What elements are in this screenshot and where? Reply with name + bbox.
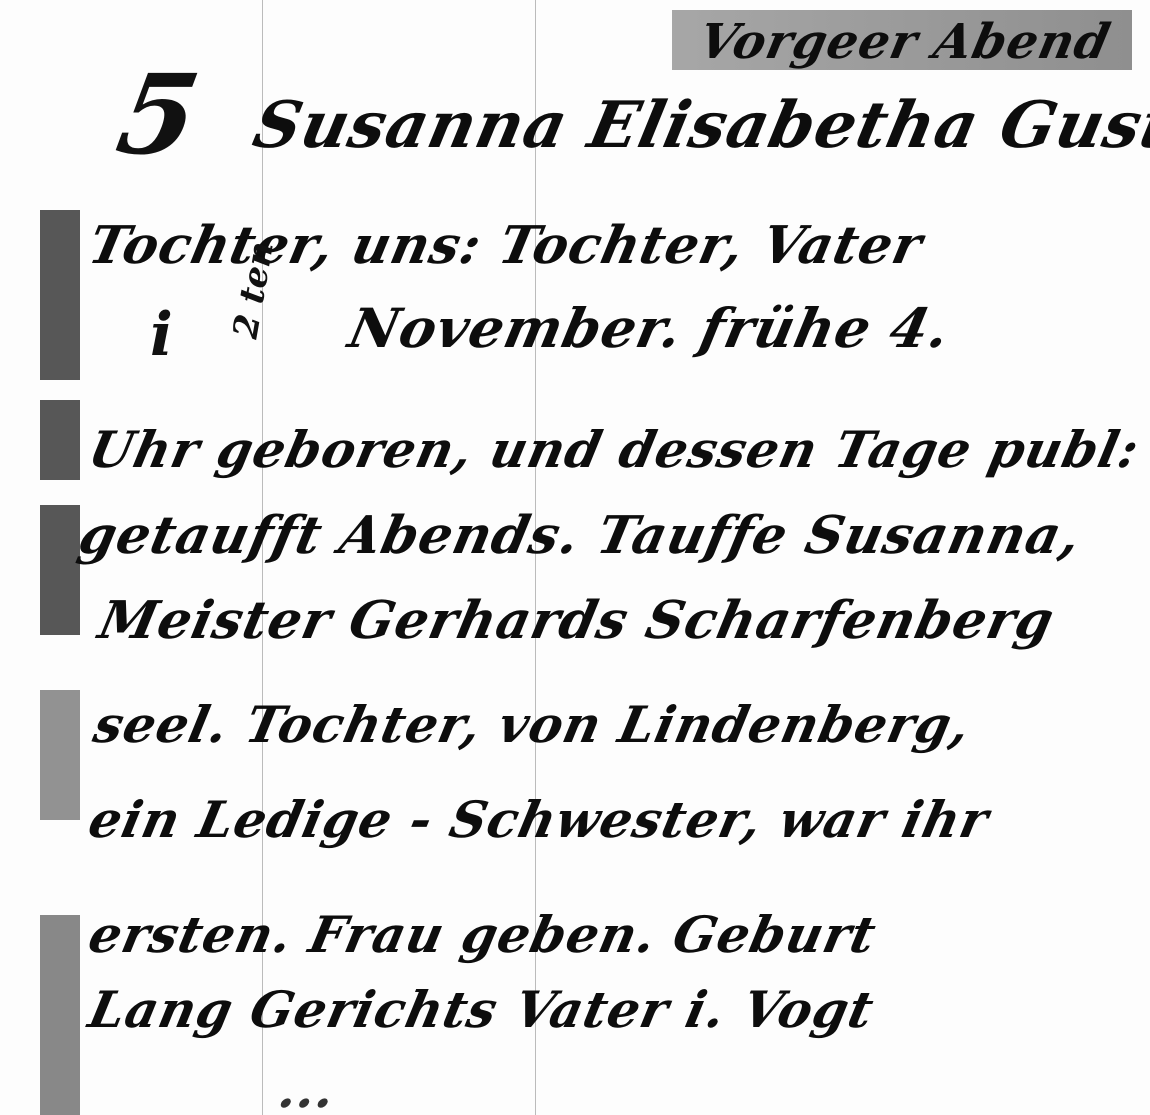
document-line-7: seel. Tochter, von Lindenberg,	[89, 695, 976, 754]
top-right-fragment: Vorgeer Abend	[694, 14, 1115, 70]
scan-shadow-left	[40, 400, 80, 480]
document-line-6: Meister Gerhards Scharfenberg	[94, 590, 1060, 651]
margin-note: i	[150, 300, 173, 370]
scan-shadow-left	[40, 915, 80, 1115]
document-line-3: November. frühe 4.	[343, 296, 956, 360]
document-line-9: ersten. Frau geben. Geburt	[84, 905, 882, 964]
document-line-4: Uhr geboren, und dessen Tage publ:	[84, 420, 1145, 479]
document-page: Vorgeer Abend 5 Susanna Elisabetha Gust …	[0, 0, 1150, 1115]
document-line-10: Lang Gerichts Vater i. Vogt	[84, 980, 880, 1039]
scan-shadow-left	[40, 505, 80, 635]
document-line-11: ...	[274, 1060, 342, 1115]
entry-number: 5	[109, 50, 208, 179]
scan-shadow-left	[40, 210, 80, 380]
document-line-5: getaufft Abends. Tauffe Susanna,	[74, 505, 1087, 566]
document-line-1: Susanna Elisabetha Gust	[247, 88, 1150, 163]
document-line-8: ein Ledige - Schwester, war ihr	[84, 790, 995, 849]
document-line-2: Tochter, uns: Tochter, Vater	[84, 215, 929, 276]
scan-shadow-left	[40, 690, 80, 820]
